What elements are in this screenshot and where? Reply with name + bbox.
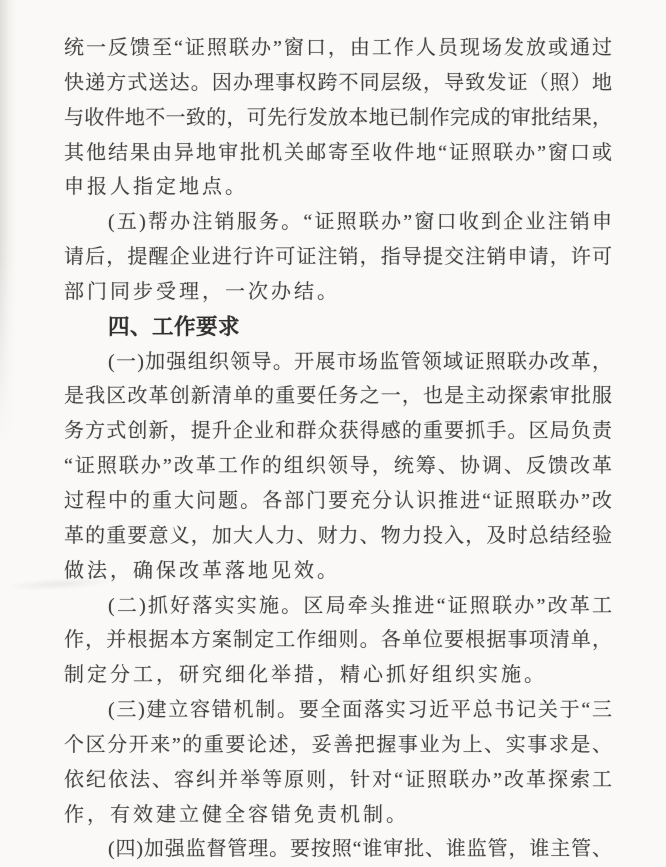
text-line: (五)帮办注销服务。“证照联办”窗口收到企业注销申: [64, 205, 612, 240]
text-line: 是我区改革创新清单的重要任务之一，也是主动探索审批服: [64, 379, 612, 414]
text-line: 依纪依法、容纠并举等原则，针对“证照联办”改革探索工: [64, 763, 612, 798]
text-line: (二)抓好落实实施。区局牵头推进“证照联办”改革工: [64, 589, 612, 624]
text-line: 务方式创新，提升企业和群众获得感的重要抓手。区局负责: [64, 414, 612, 449]
text-line: 过程中的重大问题。各部门要充分认识推进“证照联办”改: [64, 484, 612, 519]
text-line: 请后，提醒企业进行许可证注销，指导提交注销申请，许可: [64, 240, 612, 275]
text-line: 个区分开来”的重要论述，妥善把握事业为上、实事求是、: [64, 728, 612, 763]
scan-edge-shadow: [0, 0, 16, 470]
scanned-document-page: 统一反馈至“证照联办”窗口，由工作人员现场发放或通过快递方式送达。因办理事权跨不…: [0, 0, 666, 867]
text-line: 快递方式送达。因办理事权跨不同层级，导致发证（照）地: [64, 66, 612, 101]
text-line: 做法，确保改革落地见效。: [64, 554, 612, 589]
text-line: “证照联办”改革工作的组织领导，统筹、协调、反馈改革: [64, 449, 612, 484]
text-line: 作，有效建立健全容错免责机制。: [64, 798, 612, 833]
text-line: 其他结果由异地审批机关邮寄至收件地“证照联办”窗口或: [64, 136, 612, 171]
text-line: 部门同步受理，一次办结。: [64, 275, 612, 310]
text-line: 革的重要意义，加大人力、财力、物力投入，及时总结经验: [64, 519, 612, 554]
text-line: 与收件地不一致的，可先行发放本地已制作完成的审批结果，: [64, 101, 612, 136]
text-line: 作，并根据本方案制定工作细则。各单位要根据事项清单，: [64, 623, 612, 658]
document-text-block: 统一反馈至“证照联办”窗口，由工作人员现场发放或通过快递方式送达。因办理事权跨不…: [64, 31, 612, 867]
text-line: (三)建立容错机制。要全面落实习近平总书记关于“三: [64, 693, 612, 728]
section-heading: 四、工作要求: [64, 310, 612, 345]
text-line: (一)加强组织领导。开展市场监管领域证照联办改革，: [64, 345, 612, 380]
text-line: (四)加强监督管理。要按照“谁审批、谁监管，谁主管、: [64, 832, 612, 867]
text-line: 统一反馈至“证照联办”窗口，由工作人员现场发放或通过: [64, 31, 612, 66]
text-line: 制定分工，研究细化举措，精心抓好组织实施。: [64, 658, 612, 693]
text-line: 申报人指定地点。: [64, 170, 612, 205]
